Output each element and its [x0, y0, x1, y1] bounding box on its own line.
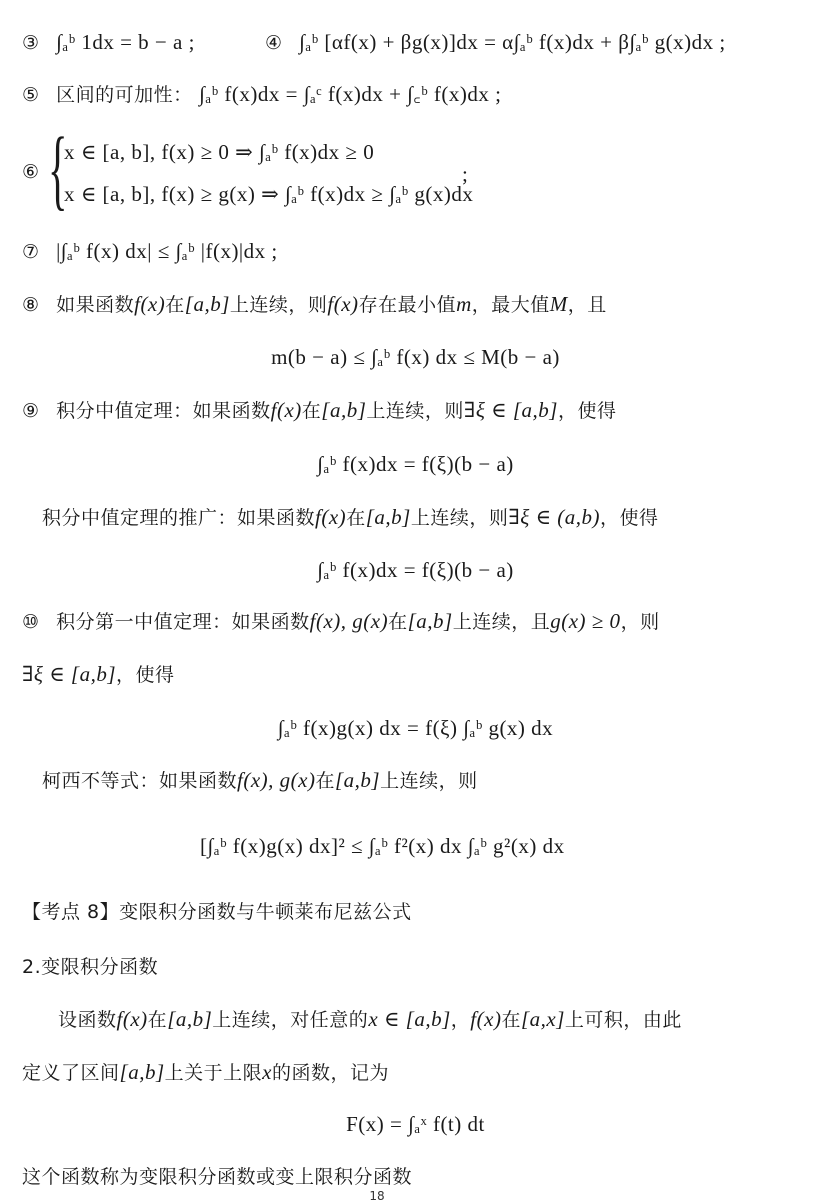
text: 在	[346, 507, 366, 529]
item-marker: ⑧	[22, 291, 40, 319]
formula: ∫ₐᵇ 1dx = b − a ;	[56, 30, 195, 54]
heading-text: 【考点 8】变限积分函数与牛顿莱布尼兹公式	[22, 901, 412, 923]
property-item-6-suffix: ;	[462, 160, 468, 189]
text: 在	[165, 294, 185, 316]
property-item-10-formula: ∫ₐᵇ f(x)g(x) dx = f(ξ) ∫ₐᵇ g(x) dx	[0, 714, 831, 743]
math: f(x), g(x)	[237, 768, 315, 792]
text: 上连续，则	[411, 507, 509, 529]
item-marker: ⑤	[22, 81, 40, 109]
math: f(x)	[315, 505, 346, 529]
property-item-8-formula: m(b − a) ≤ ∫ₐᵇ f(x) dx ≤ M(b − a)	[0, 343, 831, 372]
text: 在	[501, 1009, 521, 1031]
text: 上连续，则	[380, 770, 478, 792]
section-heading: 【考点 8】变限积分函数与牛顿莱布尼兹公式	[22, 898, 412, 926]
math: [a,b]	[120, 1060, 165, 1084]
heading-text: 2.变限积分函数	[22, 956, 158, 978]
property-item-10: ⑩ 积分第一中值定理：如果函数f(x), g(x)在[a,b]上连续，且g(x)…	[22, 607, 660, 636]
math: [a,b]	[167, 1007, 212, 1031]
text: 如果函数	[232, 611, 310, 633]
property-item-10-continued: ∃ξ ∈ [a,b]，使得	[22, 660, 175, 689]
text: ，使得	[600, 507, 659, 529]
math: x	[262, 1060, 272, 1084]
math: g(x) ≥ 0	[550, 609, 620, 633]
property-item-4: ④ ∫ₐᵇ [αf(x) + βg(x)]dx = α∫ₐᵇ f(x)dx + …	[265, 28, 726, 57]
formula: ∫ₐᵇ f(x)g(x) dx = f(ξ) ∫ₐᵇ g(x) dx	[278, 716, 553, 740]
formula: m(b − a) ≤ ∫ₐᵇ f(x) dx ≤ M(b − a)	[271, 345, 560, 369]
math: ∃ξ ∈ [a,b]	[22, 662, 116, 686]
property-item-5: ⑤ 区间的可加性： ∫ₐᵇ f(x)dx = ∫ₐᶜ f(x)dx + ∫꜀ᵇ …	[22, 80, 502, 109]
text: 这个函数称为变限积分函数或变上限积分函数	[22, 1166, 412, 1188]
property-item-9-extension-formula: ∫ₐᵇ f(x)dx = f(ξ)(b − a)	[0, 556, 831, 585]
formula: |∫ₐᵇ f(x) dx| ≤ ∫ₐᵇ |f(x)|dx ;	[56, 239, 278, 263]
text: 存在最小值	[359, 294, 457, 316]
property-item-7: ⑦ |∫ₐᵇ f(x) dx| ≤ ∫ₐᵇ |f(x)|dx ;	[22, 237, 278, 266]
text: 上连续，且	[453, 611, 551, 633]
formula: ∫ₐᵇ f(x)dx = f(ξ)(b − a)	[317, 558, 514, 582]
text: ，且	[568, 294, 607, 316]
paragraph-conclusion: 这个函数称为变限积分函数或变上限积分函数	[22, 1163, 412, 1191]
text: 上可积，由此	[565, 1009, 682, 1031]
math: [a,b]	[335, 768, 380, 792]
variable-limit-integral-formula: F(x) = ∫ₐˣ f(t) dt	[0, 1110, 831, 1139]
formula: ∫ₐᵇ [αf(x) + βg(x)]dx = α∫ₐᵇ f(x)dx + β∫…	[299, 30, 726, 54]
math: f(x)	[327, 292, 358, 316]
text: 如果函数	[56, 294, 134, 316]
theorem-label: 积分第一中值定理：	[56, 611, 232, 633]
math: ∃ξ ∈ [a,b]	[464, 398, 558, 422]
math: f(x)	[470, 1007, 501, 1031]
property-item-6-marker: ⑥	[22, 158, 50, 186]
math: x ∈ [a,b]	[368, 1007, 450, 1031]
text: 如果函数	[159, 770, 237, 792]
formula: ∫ₐᵇ f(x)dx = ∫ₐᶜ f(x)dx + ∫꜀ᵇ f(x)dx ;	[199, 82, 501, 106]
math: f(x)	[134, 292, 165, 316]
math: ∃ξ ∈ (a,b)	[508, 505, 600, 529]
formula: [∫ₐᵇ f(x)g(x) dx]² ≤ ∫ₐᵇ f²(x) dx ∫ₐᵇ g²…	[200, 834, 565, 858]
math: [a,b]	[185, 292, 230, 316]
math: [a,b]	[408, 609, 453, 633]
text: 设函数	[58, 1009, 117, 1031]
text: ，	[451, 1009, 471, 1031]
math: m	[456, 292, 472, 316]
property-item-3: ③ ∫ₐᵇ 1dx = b − a ;	[22, 28, 195, 57]
formula: ∫ₐᵇ f(x)dx = f(ξ)(b − a)	[317, 452, 514, 476]
text: 上连续，对任意的	[212, 1009, 368, 1031]
text: 的函数，记为	[272, 1062, 389, 1084]
item-marker: ④	[265, 29, 283, 57]
item-marker: ⑨	[22, 397, 40, 425]
item-marker: ⑩	[22, 608, 40, 636]
cauchy-inequality-formula: [∫ₐᵇ f(x)g(x) dx]² ≤ ∫ₐᵇ f²(x) dx ∫ₐᵇ g²…	[200, 832, 565, 861]
text: 在	[302, 400, 322, 422]
theorem-label: 积分中值定理：	[56, 400, 193, 422]
math: f(x)	[117, 1007, 148, 1031]
text: 定义了区间	[22, 1062, 120, 1084]
property-item-9-formula: ∫ₐᵇ f(x)dx = f(ξ)(b − a)	[0, 450, 831, 479]
math: [a,x]	[521, 1007, 565, 1031]
item-label: 区间的可加性：	[56, 84, 193, 106]
theorem-label: 柯西不等式：	[42, 770, 159, 792]
text: ，使得	[558, 400, 617, 422]
property-item-6-line-2: x ∈ [a, b], f(x) ≥ g(x) ⇒ ∫ₐᵇ f(x)dx ≥ ∫…	[64, 180, 473, 209]
item-marker: ⑥	[22, 158, 40, 186]
formula: x ∈ [a, b], f(x) ≥ 0 ⇒ ∫ₐᵇ f(x)dx ≥ 0	[64, 140, 374, 164]
paragraph-line-1: 设函数f(x)在[a,b]上连续，对任意的x ∈ [a,b]，f(x)在[a,x…	[58, 1005, 682, 1034]
property-item-6-line-1: x ∈ [a, b], f(x) ≥ 0 ⇒ ∫ₐᵇ f(x)dx ≥ 0	[64, 138, 374, 167]
subsection-heading: 2.变限积分函数	[22, 953, 158, 981]
text: 上关于上限	[165, 1062, 263, 1084]
semicolon: ;	[462, 162, 468, 186]
math: f(x)	[271, 398, 302, 422]
cauchy-inequality: 柯西不等式：如果函数f(x), g(x)在[a,b]上连续，则	[42, 766, 478, 795]
paragraph-line-2: 定义了区间[a,b]上关于上限x的函数，记为	[22, 1058, 389, 1087]
item-marker: ③	[22, 29, 40, 57]
text: 在	[388, 611, 408, 633]
text: 在	[315, 770, 335, 792]
page-number: 18	[362, 1190, 392, 1200]
formula: F(x) = ∫ₐˣ f(t) dt	[346, 1112, 485, 1136]
text: ，则	[621, 611, 660, 633]
text: ，最大值	[472, 294, 550, 316]
math: [a,b]	[366, 505, 411, 529]
text: 如果函数	[193, 400, 271, 422]
math: [a,b]	[321, 398, 366, 422]
text: 在	[148, 1009, 168, 1031]
math: f(x), g(x)	[310, 609, 388, 633]
property-item-9: ⑨ 积分中值定理：如果函数f(x)在[a,b]上连续，则∃ξ ∈ [a,b]，使…	[22, 396, 616, 425]
theorem-label: 积分中值定理的推广：	[42, 507, 237, 529]
left-brace-icon: {	[48, 130, 54, 216]
text: 上连续，则	[230, 294, 328, 316]
text: ，使得	[116, 664, 175, 686]
text: 如果函数	[237, 507, 315, 529]
math: M	[550, 292, 568, 316]
item-marker: ⑦	[22, 238, 40, 266]
property-item-8: ⑧ 如果函数f(x)在[a,b]上连续，则f(x)存在最小值m，最大值M，且	[22, 290, 607, 319]
text: 上连续，则	[366, 400, 464, 422]
property-item-9-extension: 积分中值定理的推广：如果函数f(x)在[a,b]上连续，则∃ξ ∈ (a,b)，…	[42, 503, 659, 532]
formula: x ∈ [a, b], f(x) ≥ g(x) ⇒ ∫ₐᵇ f(x)dx ≥ ∫…	[64, 182, 473, 206]
